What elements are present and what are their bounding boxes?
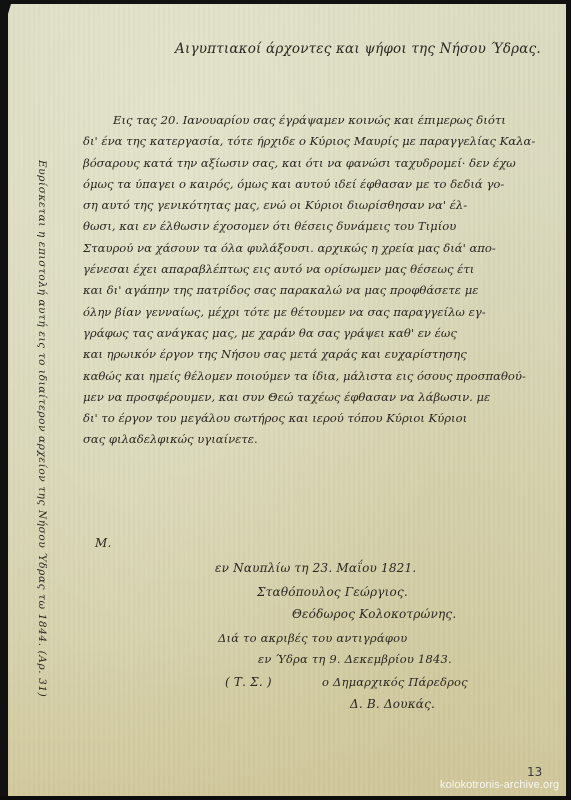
- body-line: ση αυτό της γενικότητας μας, ενώ οι Κύρι…: [83, 195, 559, 216]
- seal-mark: ( Τ. Σ. ): [225, 675, 272, 689]
- certification-date: εν Ύδρα τη 9. Δεκεμβρίου 1843.: [258, 652, 452, 666]
- body-line: όλην βίαν γενναίως, μέχρι τότε με θέτουμ…: [83, 302, 559, 323]
- body-line: και δι' αγάπην της πατρίδος σας παρακαλώ…: [83, 280, 559, 301]
- body-line: καθώς και ημείς θέλομεν ποιούμεν τα ίδια…: [83, 366, 559, 387]
- certification-line: Διά το ακριβές του αντιγράφου: [218, 631, 407, 645]
- body-line: δι' ένα της κατεργασία, τότε ήρχιδε ο Κύ…: [83, 131, 559, 152]
- body-line: όμως τα ύπαγει ο καιρός, όμως και αυτού …: [83, 174, 559, 195]
- place-date: εν Ναυπλίω τη 23. Μαΐου 1821.: [215, 561, 416, 575]
- body-line: Εις τας 20. Ιανουαρίου σας έγράψαμεν κοι…: [83, 110, 559, 131]
- margin-note: Ευρίσκεται η επιστολή αυτή εις το ιδιαίτ…: [36, 160, 48, 790]
- page-edge-shadow: [0, 796, 571, 800]
- certification-signature: Δ. Β. Δουκάς.: [350, 697, 435, 711]
- body-line: και ηρωικόν έργον της Νήσου σας μετά χαρ…: [83, 344, 559, 365]
- watermark: kolokotronis-archive.org: [440, 779, 559, 791]
- body-line: βόσαρους κατά την αξίωσιν σας, και ότι ν…: [83, 153, 559, 174]
- body-line: δι' το έργον του μεγάλου σωτήρος και ιερ…: [83, 408, 559, 429]
- signature-stathopoulos: Σταθόπουλος Γεώργιος.: [257, 585, 408, 599]
- document-title: Αιγυπτιακοί άρχοντες και ψήφοι της Νήσου…: [175, 41, 541, 57]
- body-line: γράφως τας ανάγκας μας, με χαράν θα σας …: [83, 323, 559, 344]
- letter-body: Εις τας 20. Ιανουαρίου σας έγράψαμεν κοι…: [83, 110, 559, 451]
- body-line: Σταυρού να χάσουν τα όλα φυλάξουσι. αρχι…: [83, 238, 559, 259]
- page-number: 13: [527, 765, 542, 779]
- body-line: μεν να προσφέρουμεν, και συν Θεώ ταχέως …: [83, 387, 559, 408]
- body-line: σας φιλαδελφικώς υγιαίνετε.: [83, 429, 559, 450]
- signature-kolokotronis: Θεόδωρος Κολοκοτρώνης.: [292, 607, 456, 621]
- certification-office: ο Δημαρχικός Πάρεδρος: [322, 675, 468, 689]
- body-line: θωσι, και εν έλθωσιν έχοσομεν ότι θέσεις…: [83, 216, 559, 237]
- closing-mark: Μ.: [95, 536, 112, 550]
- body-line: γένεσαι έχει απαραβλέπτως εις αυτό να ορ…: [83, 259, 559, 280]
